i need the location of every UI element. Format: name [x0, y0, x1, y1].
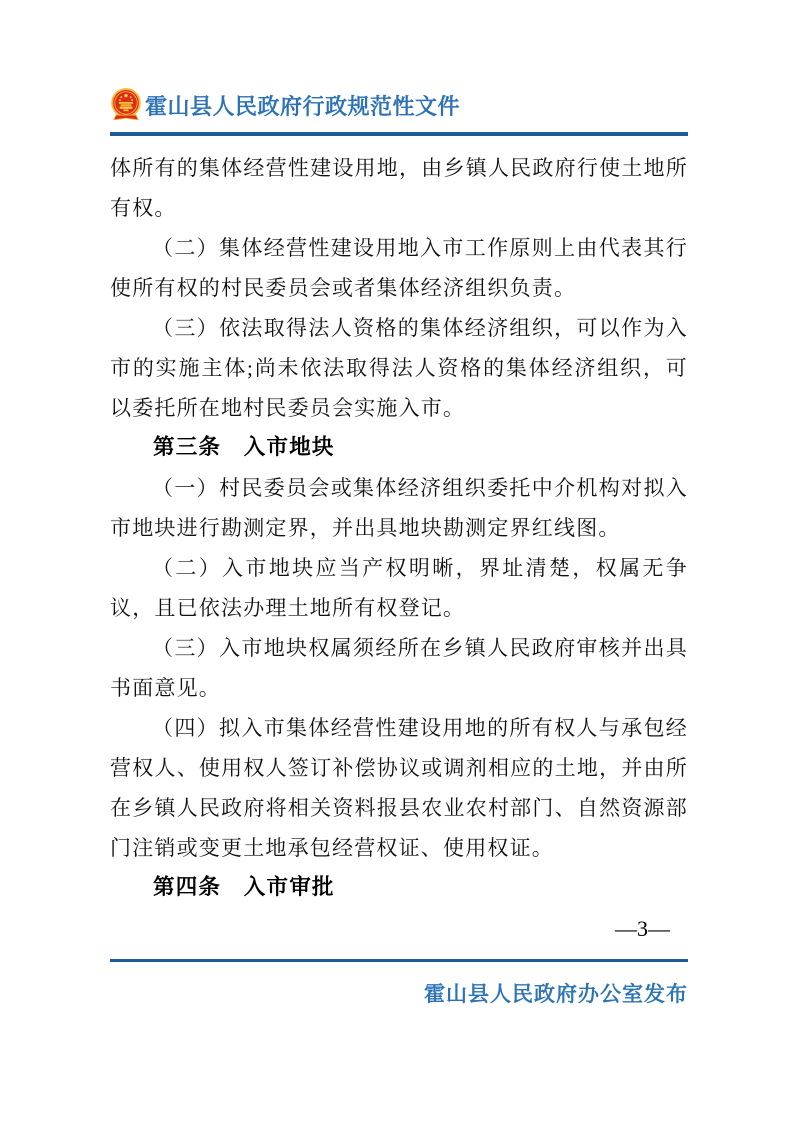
page-number: —3— [110, 916, 688, 942]
publisher-text: 霍山县人民政府办公室发布 [424, 982, 688, 1006]
body-paragraph: 体所有的集体经营性建设用地，由乡镇人民政府行使土地所有权。 [110, 148, 688, 228]
section-heading: 第四条 入市审批 [110, 868, 688, 908]
body-paragraph: （二）集体经营性建设用地入市工作原则上由代表其行使所有权的村民委员会或者集体经济… [110, 228, 688, 308]
section-heading: 第三条 入市地块 [110, 428, 688, 468]
document-header: 霍山县人民政府行政规范性文件 [110, 88, 688, 122]
page-number-value: —3— [615, 916, 688, 941]
body-paragraph: （四）拟入市集体经营性建设用地的所有权人与承包经营权人、使用权人签订补偿协议或调… [110, 708, 688, 868]
body-paragraph: （一）村民委员会或集体经济组织委托中介机构对拟入市地块进行勘测定界，并出具地块勘… [110, 468, 688, 548]
body-paragraph: （二）入市地块应当产权明晰，界址清楚，权属无争议，且已依法办理土地所有权登记。 [110, 548, 688, 628]
document-title: 霍山县人民政府行政规范性文件 [145, 90, 460, 121]
header-divider [110, 132, 688, 136]
national-emblem-icon [110, 88, 142, 122]
document-footer: 霍山县人民政府办公室发布 [110, 978, 688, 1008]
footer-divider [110, 959, 688, 962]
body-paragraph: （三）入市地块权属须经所在乡镇人民政府审核并出具书面意见。 [110, 628, 688, 708]
document-page: 霍山县人民政府行政规范性文件 体所有的集体经营性建设用地，由乡镇人民政府行使土地… [0, 0, 793, 1122]
body-paragraph: （三）依法取得法人资格的集体经济组织，可以作为入市的实施主体;尚未依法取得法人资… [110, 308, 688, 428]
document-body: 体所有的集体经营性建设用地，由乡镇人民政府行使土地所有权。（二）集体经营性建设用… [110, 148, 688, 908]
